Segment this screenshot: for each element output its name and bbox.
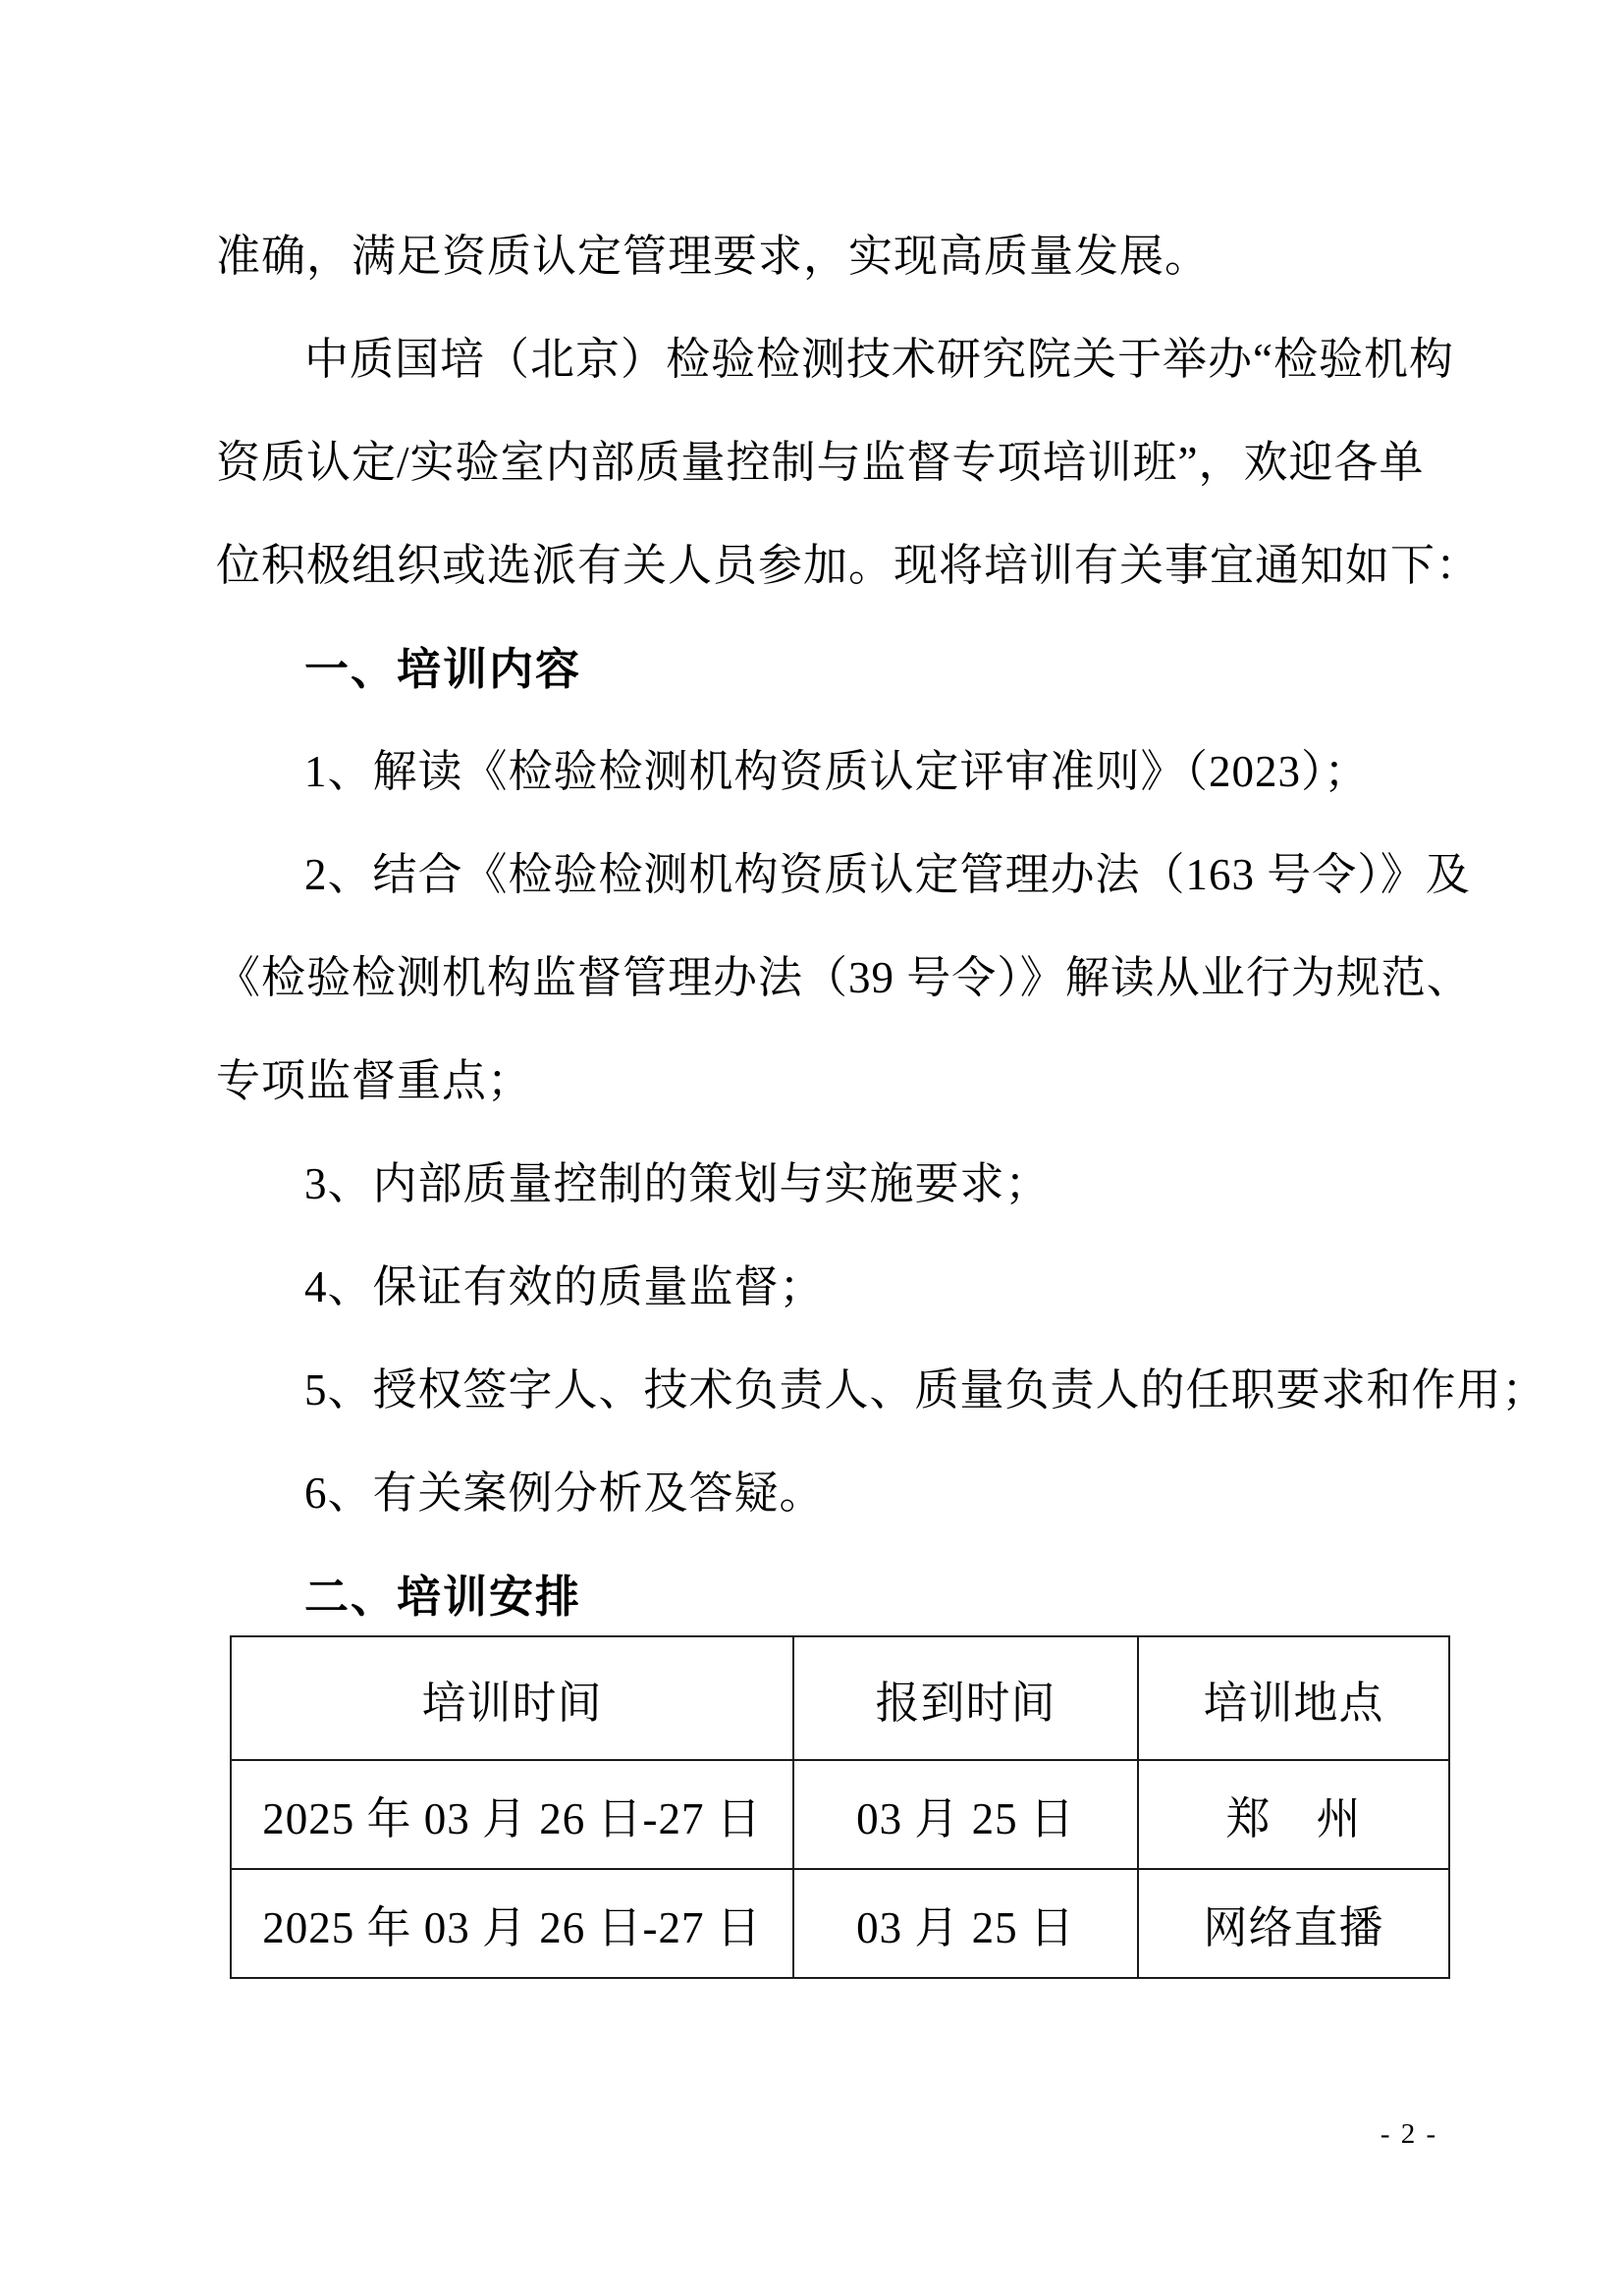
text-line: 准确，满足资质认定管理要求，实现高质量发展。 [216, 205, 1453, 308]
list-item: 4、保证有效的质量监督； [216, 1236, 1453, 1339]
text-line: 中质国培（北京）检验检测技术研究院关于举办“检验机构 [216, 308, 1453, 411]
section1-heading: 一、培训内容 [216, 617, 1453, 721]
list-item: 6、有关案例分析及答疑。 [216, 1442, 1453, 1545]
body-text: 准确，满足资质认定管理要求，实现高质量发展。 中质国培（北京）检验检测技术研究院… [216, 205, 1453, 1648]
table-header-cell: 培训时间 [231, 1636, 793, 1760]
section2-heading: 二、培训安排 [216, 1545, 1453, 1648]
page-number: - 2 - [1365, 2118, 1453, 2151]
table-cell: 郑 州 [1138, 1760, 1449, 1869]
table-cell: 2025 年 03 月 26 日-27 日 [231, 1760, 793, 1869]
table-header-row: 培训时间 报到时间 培训地点 [231, 1636, 1449, 1760]
table-cell: 网络直播 [1138, 1869, 1449, 1978]
table-header-cell: 培训地点 [1138, 1636, 1449, 1760]
table-cell: 03 月 25 日 [793, 1760, 1138, 1869]
list-item: 3、内部质量控制的策划与实施要求； [216, 1133, 1453, 1236]
table-row: 2025 年 03 月 26 日-27 日 03 月 25 日 郑 州 [231, 1760, 1449, 1869]
table-header-cell: 报到时间 [793, 1636, 1138, 1760]
table-cell: 03 月 25 日 [793, 1869, 1138, 1978]
text-line: 位积极组织或选派有关人员参加。现将培训有关事宜通知如下： [216, 514, 1453, 617]
list-item-continuation: 《检验检测机构监督管理办法（39 号令）》解读从业行为规范、 [216, 927, 1453, 1030]
training-schedule-table: 培训时间 报到时间 培训地点 2025 年 03 月 26 日-27 日 03 … [230, 1635, 1450, 1979]
document-page: 准确，满足资质认定管理要求，实现高质量发展。 中质国培（北京）检验检测技术研究院… [0, 0, 1624, 2296]
table-cell: 2025 年 03 月 26 日-27 日 [231, 1869, 793, 1978]
list-item-continuation: 专项监督重点； [216, 1030, 1453, 1133]
list-item: 1、解读《检验检测机构资质认定评审准则》（2023）； [216, 721, 1453, 824]
table-row: 2025 年 03 月 26 日-27 日 03 月 25 日 网络直播 [231, 1869, 1449, 1978]
list-item: 2、结合《检验检测机构资质认定管理办法（163 号令）》及 [216, 824, 1453, 927]
list-item: 5、授权签字人、技术负责人、质量负责人的任职要求和作用； [216, 1339, 1453, 1442]
text-line: 资质认定/实验室内部质量控制与监督专项培训班”，欢迎各单 [216, 411, 1453, 514]
